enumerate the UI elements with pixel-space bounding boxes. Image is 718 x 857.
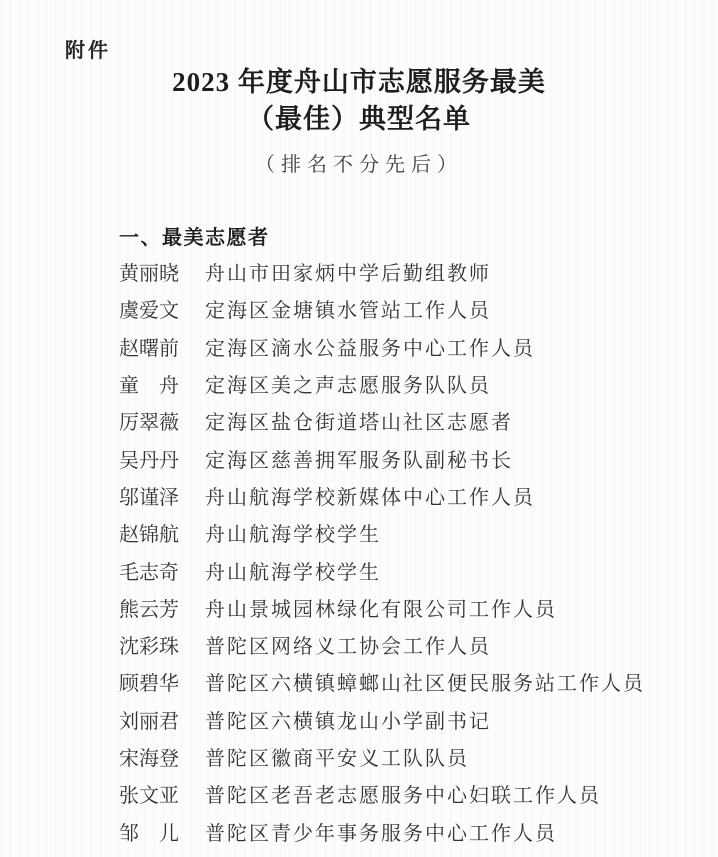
list-item: 刘丽君 普陀区六横镇龙山小学副书记 xyxy=(119,701,708,738)
volunteer-description: 定海区金塘镇水管站工作人员 xyxy=(205,294,491,323)
volunteer-description: 舟山市田家炳中学后勤组教师 xyxy=(205,257,491,286)
volunteer-description: 定海区滴水公益服务中心工作人员 xyxy=(205,332,535,361)
volunteer-name: 邹 儿 xyxy=(119,817,179,846)
volunteer-name: 赵曙前 xyxy=(119,332,179,361)
list-item: 赵锦航 舟山航海学校学生 xyxy=(119,514,708,551)
list-item: 宋海登 普陀区徽商平安义工队队员 xyxy=(119,738,708,775)
list-item: 厉翠薇 定海区盐仓街道塔山社区志愿者 xyxy=(119,402,708,439)
volunteer-name: 顾碧华 xyxy=(119,667,179,696)
document-title: 2023 年度舟山市志愿服务最美 （最佳）典型名单 xyxy=(0,64,718,138)
volunteer-name: 吴丹丹 xyxy=(119,444,179,473)
volunteer-description: 舟山航海学校新媒体中心工作人员 xyxy=(205,481,535,510)
list-item: 邹 儿 普陀区青少年事务服务中心工作人员 xyxy=(119,812,708,849)
list-item: 赵曙前 定海区滴水公益服务中心工作人员 xyxy=(119,328,708,365)
volunteer-name: 沈彩珠 xyxy=(119,630,179,659)
volunteer-description: 定海区慈善拥军服务队副秘书长 xyxy=(205,444,513,473)
list-item: 邬谨泽 舟山航海学校新媒体中心工作人员 xyxy=(119,477,708,514)
scanned-document-page: 附件 2023 年度舟山市志愿服务最美 （最佳）典型名单 （排名不分先后） 一、… xyxy=(0,0,718,857)
list-item: 吴丹丹 定海区慈善拥军服务队副秘书长 xyxy=(119,439,708,476)
section-heading-most-beautiful-volunteers: 一、最美志愿者 xyxy=(119,221,270,250)
list-item: 熊云芳 舟山景城园林绿化有限公司工作人员 xyxy=(119,589,708,626)
list-item: 张文亚 普陀区老吾老志愿服务中心妇联工作人员 xyxy=(119,775,708,812)
list-item: 黄丽晓 舟山市田家炳中学后勤组教师 xyxy=(119,253,708,290)
volunteer-name: 童 舟 xyxy=(119,369,179,398)
volunteer-name: 张文亚 xyxy=(119,779,179,808)
volunteer-name: 毛志奇 xyxy=(119,556,179,585)
volunteer-description: 普陀区老吾老志愿服务中心妇联工作人员 xyxy=(205,779,601,808)
volunteer-description: 普陀区网络义工协会工作人员 xyxy=(205,630,491,659)
list-item: 沈彩珠 普陀区网络义工协会工作人员 xyxy=(119,626,708,663)
list-item: 童 舟 定海区美之声志愿服务队队员 xyxy=(119,365,708,402)
volunteer-name: 邬谨泽 xyxy=(119,481,179,510)
volunteer-description: 定海区美之声志愿服务队队员 xyxy=(205,369,491,398)
volunteer-name: 熊云芳 xyxy=(119,593,179,622)
ranking-note: （排名不分先后） xyxy=(0,148,718,177)
volunteer-name: 刘丽君 xyxy=(119,705,179,734)
list-item: 顾碧华 普陀区六横镇蟑螂山社区便民服务站工作人员 xyxy=(119,663,708,700)
volunteer-description: 普陀区六横镇龙山小学副书记 xyxy=(205,705,491,734)
document-title-line-1: 2023 年度舟山市志愿服务最美 xyxy=(0,64,718,101)
volunteer-description: 定海区盐仓街道塔山社区志愿者 xyxy=(205,406,513,435)
volunteer-description: 舟山航海学校学生 xyxy=(205,518,381,547)
volunteer-description: 舟山景城园林绿化有限公司工作人员 xyxy=(205,593,557,622)
volunteer-name: 黄丽晓 xyxy=(119,257,179,286)
volunteer-name: 宋海登 xyxy=(119,742,179,771)
volunteer-description: 普陀区六横镇蟑螂山社区便民服务站工作人员 xyxy=(205,667,645,696)
list-item: 毛志奇 舟山航海学校学生 xyxy=(119,551,708,588)
volunteer-name: 厉翠薇 xyxy=(119,406,179,435)
volunteer-description: 普陀区青少年事务服务中心工作人员 xyxy=(205,817,557,846)
attachment-label: 附件 xyxy=(65,34,111,63)
volunteer-list: 黄丽晓 舟山市田家炳中学后勤组教师 虞爱文 定海区金塘镇水管站工作人员 赵曙前 … xyxy=(119,253,708,850)
volunteer-name: 虞爱文 xyxy=(119,294,179,323)
document-title-line-2: （最佳）典型名单 xyxy=(0,101,718,138)
volunteer-description: 舟山航海学校学生 xyxy=(205,556,381,585)
volunteer-name: 赵锦航 xyxy=(119,518,179,547)
list-item: 虞爱文 定海区金塘镇水管站工作人员 xyxy=(119,290,708,327)
volunteer-description: 普陀区徽商平安义工队队员 xyxy=(205,742,469,771)
